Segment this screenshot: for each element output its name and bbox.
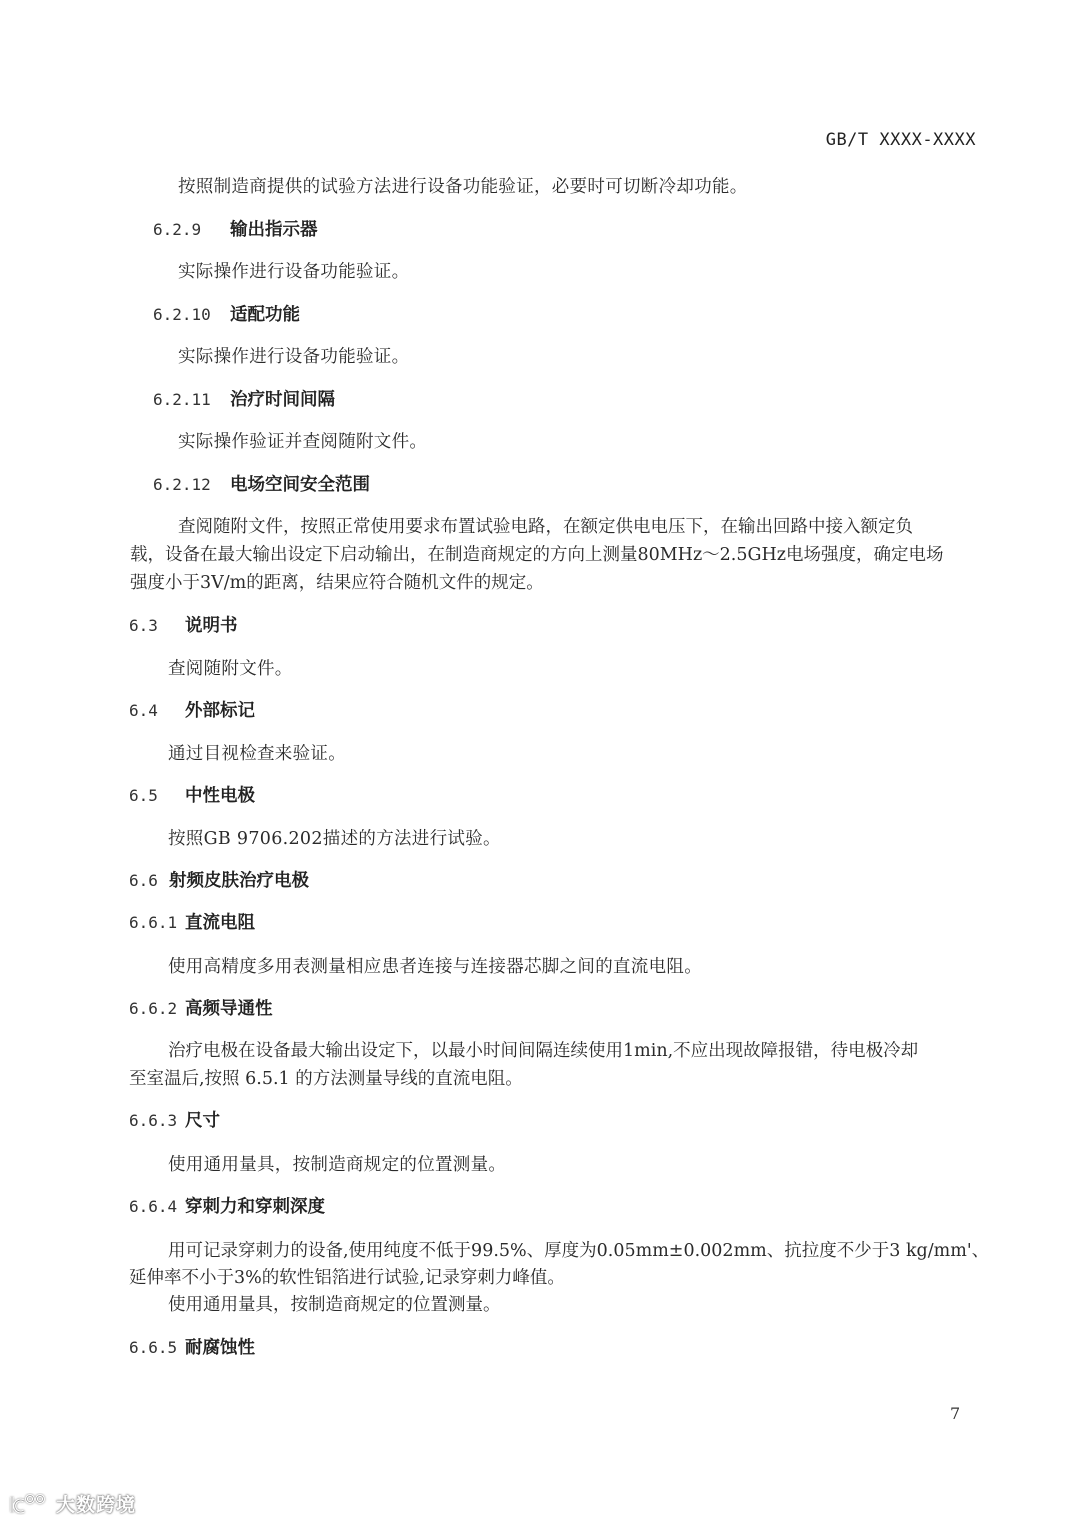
paragraph-line: 至室温后,按照 6.5.1 的方法测量导线的直流电阻。 <box>129 1067 523 1091</box>
section-heading: 6.6.3尺寸 <box>129 1109 220 1133</box>
page-header: GB/T XXXX-XXXX <box>826 130 976 150</box>
paragraph: 按照制造商提供的试验方法进行设备功能验证，必要时可切断冷却功能。 <box>178 173 748 202</box>
paragraph-line: 查阅随附文件，按照正常使用要求布置试验电路，在额定供电电压下，在输出回路中接入额… <box>178 515 913 539</box>
section-number: 6.6.1 <box>129 911 185 935</box>
paragraph-line: 延伸率不小于3%的软性铝箔进行试验,记录穿刺力峰值。 <box>129 1266 565 1290</box>
watermark: 大数跨境 <box>8 1490 136 1517</box>
section-title: 治疗时间间隔 <box>230 390 335 410</box>
section-number: 6.2.9 <box>153 218 230 242</box>
section-number: 6.2.11 <box>153 388 230 412</box>
paragraph: 按照GB 9706.202描述的方法进行试验。 <box>168 825 501 854</box>
paragraph: 实际操作验证并查阅随附文件。 <box>178 428 427 457</box>
section-title: 电场空间安全范围 <box>230 475 370 495</box>
paragraph: 实际操作进行设备功能验证。 <box>178 343 409 372</box>
paragraph: 使用高精度多用表测量相应患者连接与连接器芯脚之间的直流电阻。 <box>168 953 702 982</box>
paragraph: 使用通用量具，按制造商规定的位置测量。 <box>168 1151 506 1180</box>
section-title: 直流电阻 <box>185 913 255 933</box>
section-heading: 6.3说明书 <box>129 614 238 638</box>
section-heading: 6.6射频皮肤治疗电极 <box>129 869 309 893</box>
section-title: 外部标记 <box>185 701 255 721</box>
section-number: 6.2.10 <box>153 303 230 327</box>
section-title: 中性电极 <box>185 786 255 806</box>
section-heading: 6.2.10适配功能 <box>153 303 300 327</box>
paragraph: 实际操作进行设备功能验证。 <box>178 258 409 287</box>
watermark-text: 大数跨境 <box>56 1490 136 1517</box>
paragraph: 通过目视检查来验证。 <box>168 740 346 769</box>
paragraph: 查阅随附文件。 <box>168 655 293 684</box>
section-title: 说明书 <box>185 616 238 636</box>
section-number: 6.6.2 <box>129 997 185 1021</box>
section-title: 尺寸 <box>185 1111 220 1131</box>
section-title: 耐腐蚀性 <box>185 1338 255 1358</box>
section-heading: 6.4外部标记 <box>129 699 255 723</box>
paragraph-line: 载，设备在最大输出设定下启动输出，在制造商规定的方向上测量80MHz～2.5GH… <box>130 543 943 567</box>
section-number: 6.3 <box>129 614 185 638</box>
section-heading: 6.6.5耐腐蚀性 <box>129 1336 255 1360</box>
page-number: 7 <box>950 1404 960 1423</box>
section-number: 6.6.5 <box>129 1336 185 1360</box>
section-number: 6.2.12 <box>153 473 230 497</box>
section-number: 6.5 <box>129 784 185 808</box>
section-number: 6.6.3 <box>129 1109 185 1133</box>
section-title: 射频皮肤治疗电极 <box>169 871 309 891</box>
section-heading: 6.2.9输出指示器 <box>153 218 318 242</box>
section-number: 6.6.4 <box>129 1195 185 1219</box>
section-heading: 6.6.4穿刺力和穿刺深度 <box>129 1195 325 1219</box>
section-number: 6.6 <box>129 869 169 893</box>
section-heading: 6.5中性电极 <box>129 784 255 808</box>
section-heading: 6.2.12电场空间安全范围 <box>153 473 370 497</box>
section-heading: 6.6.2高频导通性 <box>129 997 273 1021</box>
section-title: 穿刺力和穿刺深度 <box>185 1197 325 1217</box>
watermark-logo-icon <box>8 1493 50 1515</box>
paragraph-line: 治疗电极在设备最大输出设定下，以最小时间间隔连续使用1min,不应出现故障报错，… <box>168 1039 918 1063</box>
paragraph-line: 用可记录穿刺力的设备,使用纯度不低于99.5%、厚度为0.05mm±0.002m… <box>168 1239 989 1263</box>
section-number: 6.4 <box>129 699 185 723</box>
section-heading: 6.6.1直流电阻 <box>129 911 255 935</box>
section-heading: 6.2.11治疗时间间隔 <box>153 388 335 412</box>
section-title: 输出指示器 <box>230 220 318 240</box>
section-title: 高频导通性 <box>185 999 273 1019</box>
paragraph-line: 使用通用量具，按制造商规定的位置测量。 <box>168 1293 501 1317</box>
paragraph-line: 强度小于3V/m的距离，结果应符合随机文件的规定。 <box>130 571 544 595</box>
section-title: 适配功能 <box>230 305 300 325</box>
